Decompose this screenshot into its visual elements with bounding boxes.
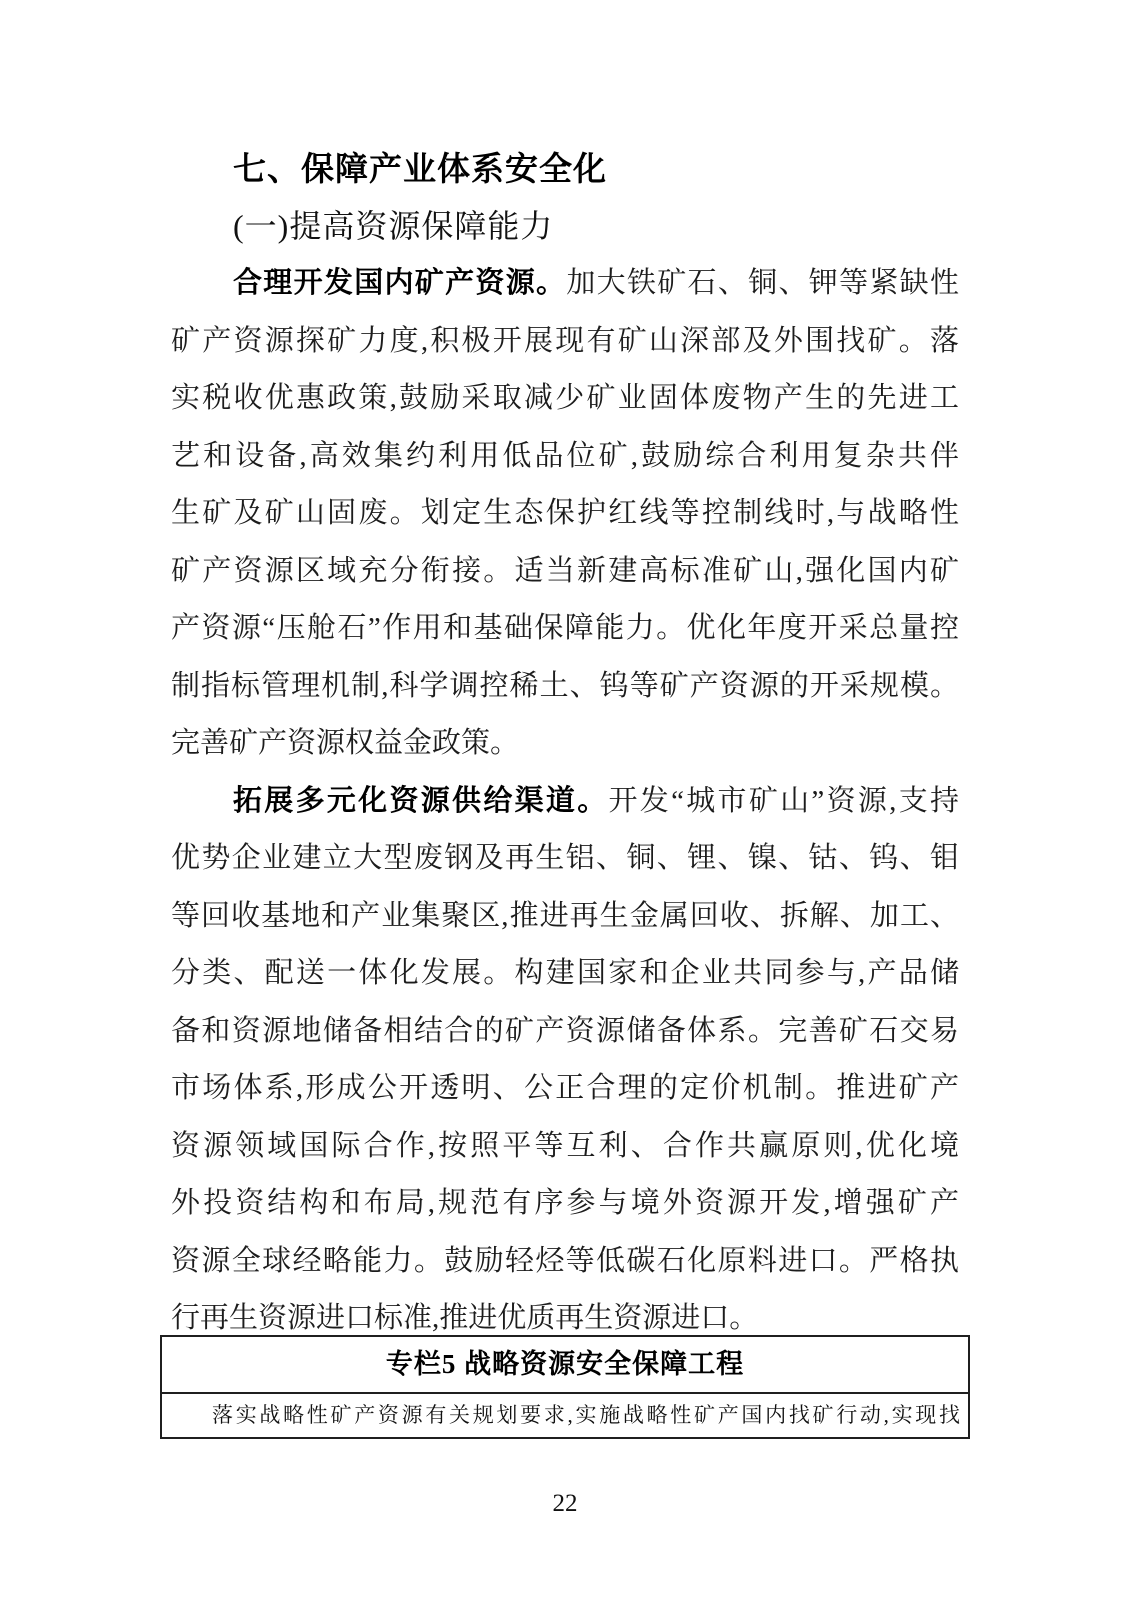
body-text: 优势企业建立大型废钢及再生铝、铜、锂、镍、钴、钨、钼 (171, 842, 959, 874)
text-line: 合理开发国内矿产资源。加大铁矿石、铜、钾等紧缺性 (171, 255, 959, 313)
text-line: 制指标管理机制,科学调控稀土、钨等矿产资源的开采规模。 (171, 658, 959, 716)
text-line: 实税收优惠政策,鼓励采取减少矿业固体废物产生的先进工 (171, 370, 959, 428)
text-line: 艺和设备,高效集约利用低品位矿,鼓励综合利用复杂共伴 (171, 428, 959, 486)
body-text: 完善矿产资源权益金政策。 (171, 727, 519, 759)
text-block: 七、保障产业体系安全化 (一)提高资源保障能力 合理开发国内矿产资源。加大铁矿石… (171, 140, 959, 1348)
body-text: 生矿及矿山固废。划定生态保护红线等控制线时,与战略性 (171, 497, 959, 529)
text-line: 优势企业建立大型废钢及再生铝、铜、锂、镍、钴、钨、钼 (171, 830, 959, 888)
body-text: 矿产资源区域充分衔接。适当新建高标准矿山,强化国内矿 (171, 555, 959, 587)
body-text: 外投资结构和布局,规范有序参与境外资源开发,增强矿产 (171, 1187, 959, 1219)
body-text: 等回收基地和产业集聚区,推进再生金属回收、拆解、加工、 (171, 900, 959, 932)
text-line: 资源领域国际合作,按照平等互利、合作共赢原则,优化境 (171, 1118, 959, 1176)
text-line: 矿产资源区域充分衔接。适当新建高标准矿山,强化国内矿 (171, 543, 959, 601)
text-line: 市场体系,形成公开透明、公正合理的定价机制。推进矿产 (171, 1060, 959, 1118)
bold-lead-text: 拓展多元化资源供给渠道。 (233, 785, 609, 817)
text-line: 外投资结构和布局,规范有序参与境外资源开发,增强矿产 (171, 1175, 959, 1233)
subsection-heading: (一)提高资源保障能力 (171, 198, 959, 256)
body-text: 产资源“压舱石”作用和基础保障能力。优化年度开采总量控 (171, 612, 959, 644)
text-line: 产资源“压舱石”作用和基础保障能力。优化年度开采总量控 (171, 600, 959, 658)
bold-lead-text: 合理开发国内矿产资源。 (233, 267, 566, 299)
body-paragraphs: 合理开发国内矿产资源。加大铁矿石、铜、钾等紧缺性矿产资源探矿力度,积极开展现有矿… (171, 255, 959, 1348)
body-text: 矿产资源探矿力度,积极开展现有矿山深部及外围找矿。落 (171, 325, 959, 357)
body-text: 资源全球经略能力。鼓励轻烃等低碳石化原料进口。严格执 (171, 1245, 959, 1277)
text-line: 矿产资源探矿力度,积极开展现有矿山深部及外围找矿。落 (171, 313, 959, 371)
body-text: 行再生资源进口标准,推进优质再生资源进口。 (171, 1302, 758, 1334)
text-line: 资源全球经略能力。鼓励轻烃等低碳石化原料进口。严格执 (171, 1233, 959, 1291)
text-line: 生矿及矿山固废。划定生态保护红线等控制线时,与战略性 (171, 485, 959, 543)
body-text: 市场体系,形成公开透明、公正合理的定价机制。推进矿产 (171, 1072, 959, 1104)
body-text: 制指标管理机制,科学调控稀土、钨等矿产资源的开采规模。 (171, 670, 959, 702)
page-number: 22 (171, 1490, 959, 1518)
body-text: 备和资源地储备相结合的矿产资源储备体系。完善矿石交易 (171, 1015, 959, 1047)
body-text: 资源领域国际合作,按照平等互利、合作共赢原则,优化境 (171, 1130, 959, 1162)
callout-box-body: 落实战略性矿产资源有关规划要求,实施战略性矿产国内找矿行动,实现找 (162, 1394, 968, 1437)
text-line: 等回收基地和产业集聚区,推进再生金属回收、拆解、加工、 (171, 888, 959, 946)
text-line: 拓展多元化资源供给渠道。开发“城市矿山”资源,支持 (171, 773, 959, 831)
text-line: 分类、配送一体化发展。构建国家和企业共同参与,产品储 (171, 945, 959, 1003)
body-text: 分类、配送一体化发展。构建国家和企业共同参与,产品储 (171, 957, 959, 989)
callout-box: 专栏5 战略资源安全保障工程 落实战略性矿产资源有关规划要求,实施战略性矿产国内… (160, 1335, 970, 1439)
text-line: 完善矿产资源权益金政策。 (171, 715, 959, 773)
callout-box-title: 专栏5 战略资源安全保障工程 (162, 1337, 968, 1394)
section-heading: 七、保障产业体系安全化 (171, 140, 959, 198)
document-page: { "document": { "heading": "七、保障产业体系安全化"… (0, 0, 1132, 1600)
text-line: 备和资源地储备相结合的矿产资源储备体系。完善矿石交易 (171, 1003, 959, 1061)
body-text: 实税收优惠政策,鼓励采取减少矿业固体废物产生的先进工 (171, 382, 959, 414)
body-text: 艺和设备,高效集约利用低品位矿,鼓励综合利用复杂共伴 (171, 440, 959, 472)
body-text: 加大铁矿石、铜、钾等紧缺性 (566, 267, 959, 299)
body-text: 开发“城市矿山”资源,支持 (609, 785, 960, 817)
